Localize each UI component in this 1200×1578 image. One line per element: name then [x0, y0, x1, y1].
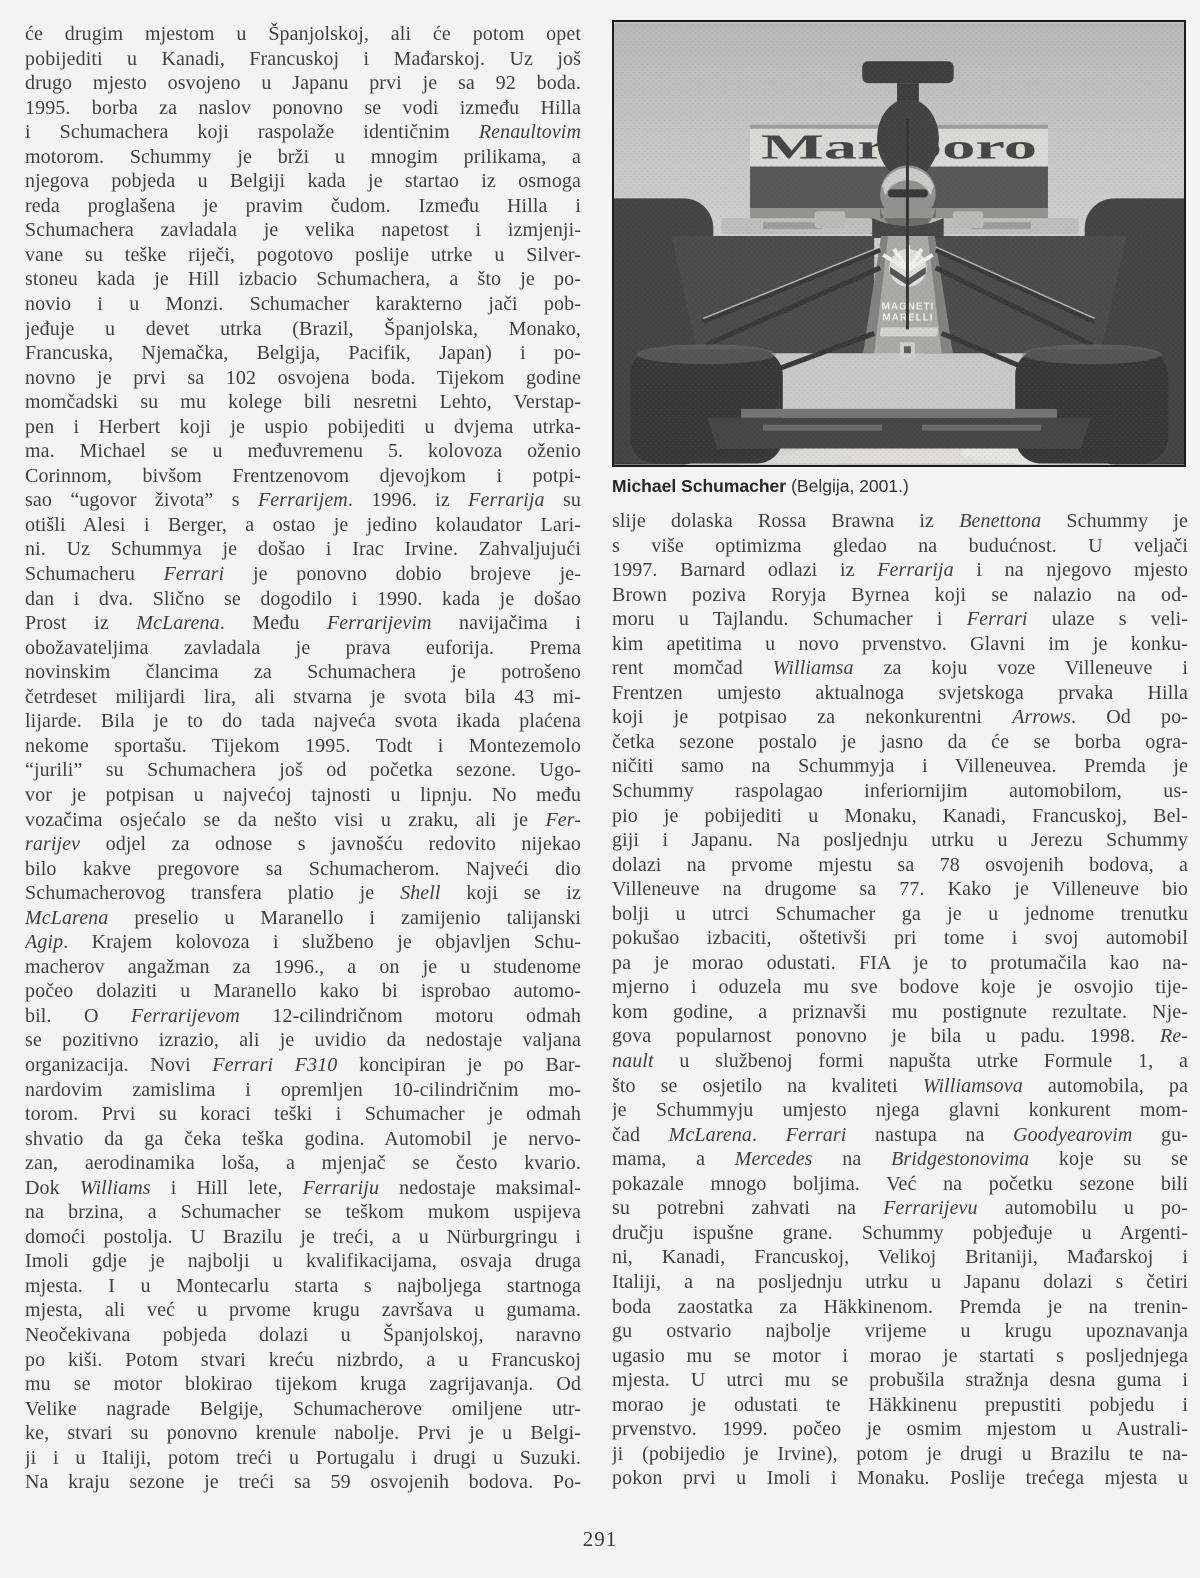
text-line: Schummy raspolagao inferiornijim automob…: [612, 779, 1188, 804]
text-line: ničiti samo na Schummyja i Villeneuvea. …: [612, 754, 1188, 779]
text-line: mu se motor blokirao tijekom kruga zagri…: [25, 1372, 581, 1397]
text-line: jeđuje u devet utrka (Brazil, Španjolska…: [25, 317, 581, 342]
text-line: četrdeset milijardi lira, ali stvarna je…: [25, 685, 581, 710]
text-line: organizacija. Novi Ferrari F310 koncipir…: [25, 1053, 581, 1078]
text-line: će drugim mjestom u Španjolskoj, ali će …: [25, 22, 581, 47]
text-line: pokušao izbaciti, oštetivši pri tome i s…: [612, 926, 1188, 951]
text-line: macherov angažman za 1996., a on je u st…: [25, 955, 581, 980]
text-line: ni. Uz Schummya je došao i Irac Irvine. …: [25, 537, 581, 562]
text-line: drugo mjesto osvojeno u Japanu prvi je s…: [25, 71, 581, 96]
text-line: mjesta. U utrci mu se probušila stražnja…: [612, 1368, 1188, 1393]
text-line: stoneu kada je Hill izbacio Schumachera,…: [25, 267, 581, 292]
text-line: slije dolaska Rossa Brawna iz Benettona …: [612, 509, 1188, 534]
text-line: vane su teške riječi, pogotovo poslije u…: [25, 243, 581, 268]
text-line: motorom. Schummy je brži u mnogim prilik…: [25, 145, 581, 170]
text-line: ni, Kanadi, Francuskoj, Velikoj Britanij…: [612, 1245, 1188, 1270]
text-line: ji i u Italiji, potom treći u Portugalu …: [25, 1446, 581, 1471]
caption-detail: (Belgija, 2001.): [791, 476, 909, 496]
text-line: Prost iz McLarena. Među Ferrarijevim nav…: [25, 611, 581, 636]
text-line: su potrebni zahvati na Ferrarijevu autom…: [612, 1196, 1188, 1221]
text-line: Imoli gdje je najbolji u kvalifikacijama…: [25, 1249, 581, 1274]
text-line: i Schumachera koji raspolaže identičnim …: [25, 120, 581, 145]
text-line: Velike nagrade Belgije, Schumacherove om…: [25, 1397, 581, 1422]
text-line: lijarde. Bila je to do tada najveća svot…: [25, 709, 581, 734]
text-line: moru u Tajlandu. Schumacher i Ferrari ul…: [612, 607, 1188, 632]
text-line: bil. O Ferrarijevom 12-cilindričnom moto…: [25, 1004, 581, 1029]
text-line: mama, a Mercedes na Bridgestonovima koje…: [612, 1147, 1188, 1172]
text-line: ugasio mu se motor i morao je startati s…: [612, 1344, 1188, 1369]
left-column: će drugim mjestom u Španjolskoj, ali će …: [25, 22, 581, 1495]
text-line: Schumacherovog transfera platio je Shell…: [25, 881, 581, 906]
text-line: kim apetitima u novo prvenstvo. Glavni i…: [612, 632, 1188, 657]
text-line: Na kraju sezone je treći sa 59 osvojenih…: [25, 1470, 581, 1495]
text-line: rarijev odjel za odnose s javnošću redov…: [25, 832, 581, 857]
text-line: momčadski su mu kolege bili nesretni Leh…: [25, 390, 581, 415]
text-line: “jurili” su Schumachera još od početka s…: [25, 758, 581, 783]
text-line: otišli Alesi i Berger, a ostao je jedino…: [25, 513, 581, 538]
text-line: 1995. borba za naslov ponovno se vodi iz…: [25, 96, 581, 121]
text-line: pokon prvi u Imoli i Monaku. Poslije tre…: [612, 1466, 1188, 1491]
text-line: što se osjetilo na kvaliteti Williamsova…: [612, 1074, 1188, 1099]
text-line: bolji u utrci Schumacher ga je u jednome…: [612, 902, 1188, 927]
right-column-text: slije dolaska Rossa Brawna iz Benettona …: [612, 509, 1188, 1491]
text-line: na brzina, a Schumacher se teškom mukom …: [25, 1200, 581, 1225]
text-line: nault u službenoj formi napušta utrke Fo…: [612, 1049, 1188, 1074]
text-line: Dok Williams i Hill lete, Ferrariju nedo…: [25, 1176, 581, 1201]
text-line: vor je potpisan u najvećoj tajnosti u li…: [25, 783, 581, 808]
text-line: Frentzen umjesto aktualnoga svjetskoga p…: [612, 681, 1188, 706]
text-line: gu ostvario najbolje vrijeme u krugu upo…: [612, 1319, 1188, 1344]
text-line: Francuska, Njemačka, Belgija, Pacifik, J…: [25, 341, 581, 366]
book-page: će drugim mjestom u Španjolskoj, ali će …: [0, 0, 1200, 1578]
text-line: Italiji, a na posljednju utrku u Japanu …: [612, 1270, 1188, 1295]
text-line: pobijediti u Kanadi, Francuskoj i Mađars…: [25, 47, 581, 72]
text-line: s više optimizma gledao na budućnost. U …: [612, 534, 1188, 559]
text-line: domoći postolja. U Brazilu je treći, a u…: [25, 1225, 581, 1250]
text-line: obožavateljima zavladala je prava eufori…: [25, 636, 581, 661]
caption-subject: Michael Schumacher: [612, 476, 786, 496]
right-column: Marlboro: [612, 20, 1188, 1491]
text-line: boda zaostatka za Häkkinenom. Premda je …: [612, 1295, 1188, 1320]
text-line: se pozitivno izrazio, ali je uvidio da n…: [25, 1028, 581, 1053]
text-line: rent momčad Williamsa za koju voze Ville…: [612, 656, 1188, 681]
text-line: morao je odustati te Häkkinenu prepustit…: [612, 1393, 1188, 1418]
f1-car-photo: Marlboro: [612, 20, 1186, 467]
text-line: četka sezone postalo je jasno da će se b…: [612, 730, 1188, 755]
text-line: pio je pobijediti u Monaku, Kanadi, Fran…: [612, 804, 1188, 829]
text-line: nekome sportašu. Tijekom 1995. Todt i Mo…: [25, 734, 581, 759]
text-line: zan, aerodinamika loša, a mjenjač se čes…: [25, 1151, 581, 1176]
text-line: mjesta. I u Montecarlu starta s najbolje…: [25, 1274, 581, 1299]
text-line: ke, stvari su ponovno krenule nabolje. P…: [25, 1421, 581, 1446]
text-line: dolazi na prvome mjestu sa 78 osvojenih …: [612, 853, 1188, 878]
text-line: giji i Japanu. Na posljednju utrku u Jer…: [612, 828, 1188, 853]
text-line: dručju ispušne grane. Schummy pobjeđuje …: [612, 1221, 1188, 1246]
text-line: koji je potpisao za nekonkurentni Arrows…: [612, 705, 1188, 730]
text-line: pen i Herbert koji je uspio pobijediti u…: [25, 415, 581, 440]
text-line: mjerno i oduzela mu sve bodove koje je o…: [612, 975, 1188, 1000]
figure: Marlboro: [612, 20, 1188, 498]
text-line: kom godine, a priznavši mu postignute re…: [612, 1000, 1188, 1025]
text-line: Corinnom, bivšom Frentzenovom djevojkom …: [25, 464, 581, 489]
text-line: shvatio da ga čeka teška godina. Automob…: [25, 1127, 581, 1152]
text-line: sao “ugovor života” s Ferrarijem. 1996. …: [25, 488, 581, 513]
text-line: po kiši. Potom stvari kreću nizbrdo, a u…: [25, 1348, 581, 1373]
text-line: prvenstvo. 1999. počeo je osmim mjestom …: [612, 1417, 1188, 1442]
text-line: reda proglašena je pravim čudom. Između …: [25, 194, 581, 219]
text-line: Brown poziva Roryja Byrnea koji se nalaz…: [612, 583, 1188, 608]
text-line: torom. Prvi su koraci teški i Schumacher…: [25, 1102, 581, 1127]
page-number: 291: [0, 1527, 1200, 1552]
text-line: dan i dva. Slično se dogodilo i 1990. ka…: [25, 587, 581, 612]
text-line: pa je morao odustati. FIA je to protumač…: [612, 951, 1188, 976]
text-line: počeo dolaziti u Maranello kako bi ispro…: [25, 979, 581, 1004]
text-line: mjesta, ali već u prvome krugu završava …: [25, 1298, 581, 1323]
text-line: ma. Michael se u međuvremenu 5. kolovoza…: [25, 439, 581, 464]
text-line: nardovim zamislima i opremljen 10-cilind…: [25, 1078, 581, 1103]
text-line: pokazale mnogo boljima. Već na početku s…: [612, 1172, 1188, 1197]
text-line: je Schummyju umjesto njega glavni konkur…: [612, 1098, 1188, 1123]
text-line: čad McLarena. Ferrari nastupa na Goodyea…: [612, 1123, 1188, 1148]
text-line: 1997. Barnard odlazi iz Ferrarija i na n…: [612, 558, 1188, 583]
text-line: vozačima osjećalo se da nešto visi u zra…: [25, 808, 581, 833]
text-line: Neočekivana pobjeda dolazi u Španjolskoj…: [25, 1323, 581, 1348]
text-line: Schumachera zavladala je velika napetost…: [25, 218, 581, 243]
figure-caption: Michael Schumacher(Belgija, 2001.): [612, 474, 1188, 498]
text-line: novio i u Monzi. Schumacher karakterno j…: [25, 292, 581, 317]
text-line: Schumacheru Ferrari je ponovno dobio bro…: [25, 562, 581, 587]
text-line: Agip. Krajem kolovoza i službeno je obja…: [25, 930, 581, 955]
text-line: McLarena preselio u Maranello i zamijeni…: [25, 906, 581, 931]
text-line: gova popularnost ponovno je bila u padu.…: [612, 1024, 1188, 1049]
text-line: novno je prvi sa 102 osvojena boda. Tije…: [25, 366, 581, 391]
text-line: ji (pobijedio je Irvine), potom je drugi…: [612, 1442, 1188, 1467]
text-line: novinskim člancima za Schumachera je pot…: [25, 660, 581, 685]
text-line: Villeneuve na drugome sa 77. Kako je Vil…: [612, 877, 1188, 902]
text-line: bilo kakve pregovore sa Schumacherom. Na…: [25, 857, 581, 882]
f1-car-photo-illustration: Marlboro: [614, 22, 1184, 465]
text-line: njegova pobjeda u Belgiji kada je starta…: [25, 169, 581, 194]
